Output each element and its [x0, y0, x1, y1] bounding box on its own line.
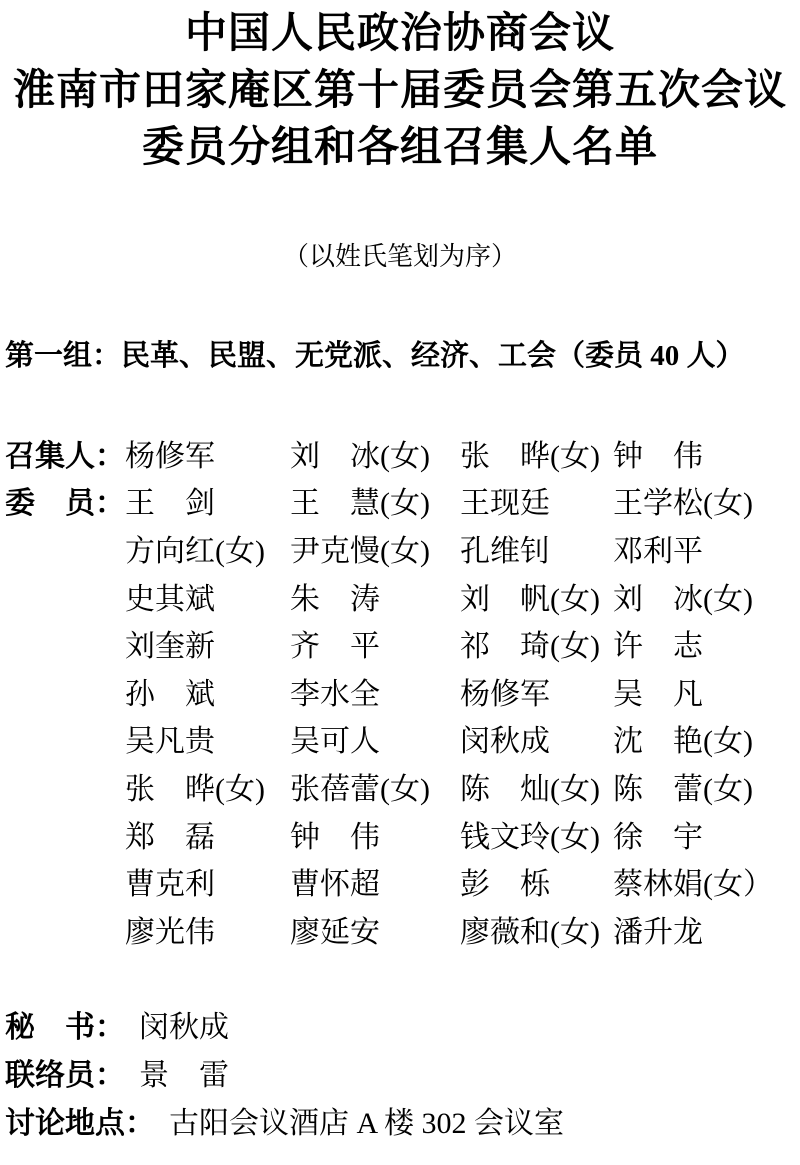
secretary-label: 秘 书： [0, 1002, 125, 1046]
member-name: 彭 栎 [460, 859, 613, 903]
footer-info: 秘 书： 闵秋成 联络员： 景 雷 讨论地点： 古阳会议酒店 A 楼 302 会… [0, 1001, 800, 1144]
member-name: 钟 伟 [290, 812, 460, 856]
member-row: 曹克利曹怀超彭 栎蔡林娟(女） [0, 857, 800, 905]
member-name: 钱文玲(女) [460, 812, 613, 856]
member-name: 李水全 [290, 669, 460, 713]
convener-name: 钟 伟 [613, 431, 800, 475]
member-name: 徐 宇 [613, 812, 800, 856]
member-name: 曹克利 [125, 859, 290, 903]
member-row: 孙 斌李水全杨修军吴 凡 [0, 667, 800, 715]
member-name: 许 志 [613, 621, 800, 665]
member-name: 吴凡贵 [125, 716, 290, 760]
title-line-2: 淮南市田家庵区第十届委员会第五次会议 [0, 63, 800, 120]
convener-row: 召集人： 杨修军 刘 冰(女) 张 晔(女) 钟 伟 [0, 429, 800, 477]
liaison-name: 景 雷 [139, 1050, 229, 1094]
member-name: 齐 平 [290, 621, 460, 665]
member-name: 尹克慢(女) [290, 526, 460, 570]
member-name: 廖延安 [290, 907, 460, 951]
convener-name: 杨修军 [125, 431, 290, 475]
member-name: 曹怀超 [290, 859, 460, 903]
member-row: 史其斌朱 涛刘 帆(女)刘 冰(女) [0, 572, 800, 620]
member-name: 王 慧(女) [290, 478, 460, 522]
group-section-heading: 第一组：民革、民盟、无党派、经济、工会（委员 40 人） [5, 337, 800, 375]
secretary-name: 闵秋成 [139, 1002, 229, 1046]
title-line-3: 委员分组和各组召集人名单 [0, 120, 800, 177]
document-page: 中国人民政治协商会议 淮南市田家庵区第十届委员会第五次会议 委员分组和各组召集人… [0, 6, 800, 1165]
secretary-row: 秘 书： 闵秋成 [0, 1001, 800, 1049]
member-name: 史其斌 [125, 574, 290, 618]
member-name: 张蓓蕾(女) [290, 764, 460, 808]
liaison-label: 联络员： [0, 1050, 125, 1094]
sort-order-note: （以姓氏笔划为序） [0, 243, 800, 271]
member-row: 委 员：王 剑王 慧(女)王现廷王学松(女) [0, 477, 800, 525]
member-name: 廖薇和(女) [460, 907, 613, 951]
member-name: 杨修军 [460, 669, 613, 713]
member-name: 刘 冰(女) [613, 574, 800, 618]
location-value: 古阳会议酒店 A 楼 302 会议室 [169, 1098, 564, 1142]
member-label: 委 员： [0, 478, 125, 522]
member-name: 王 剑 [125, 478, 290, 522]
member-rows: 委 员：王 剑王 慧(女)王现廷王学松(女)方向红(女)尹克慢(女)孔维钊邓利平… [0, 477, 800, 953]
location-row: 讨论地点： 古阳会议酒店 A 楼 302 会议室 [0, 1096, 800, 1144]
location-label: 讨论地点： [0, 1098, 155, 1142]
convener-name: 张 晔(女) [460, 431, 613, 475]
member-name: 方向红(女) [125, 526, 290, 570]
member-name: 张 晔(女) [125, 764, 290, 808]
member-name: 闵秋成 [460, 716, 613, 760]
member-name: 邓利平 [613, 526, 800, 570]
member-row: 方向红(女)尹克慢(女)孔维钊邓利平 [0, 524, 800, 572]
member-row: 吴凡贵吴可人闵秋成沈 艳(女) [0, 715, 800, 763]
member-name: 孙 斌 [125, 669, 290, 713]
convener-label: 召集人： [0, 431, 125, 475]
member-name: 刘奎新 [125, 621, 290, 665]
member-name: 陈 灿(女) [460, 764, 613, 808]
member-name: 王学松(女) [613, 478, 800, 522]
member-name: 廖光伟 [125, 907, 290, 951]
member-name: 吴 凡 [613, 669, 800, 713]
member-row: 郑 磊钟 伟钱文玲(女)徐 宇 [0, 810, 800, 858]
member-name: 沈 艳(女) [613, 716, 800, 760]
member-name: 朱 涛 [290, 574, 460, 618]
document-title: 中国人民政治协商会议 淮南市田家庵区第十届委员会第五次会议 委员分组和各组召集人… [0, 6, 800, 177]
member-name: 祁 琦(女) [460, 621, 613, 665]
convener-name: 刘 冰(女) [290, 431, 460, 475]
member-name: 孔维钊 [460, 526, 613, 570]
title-line-1: 中国人民政治协商会议 [0, 6, 800, 63]
member-row: 张 晔(女)张蓓蕾(女)陈 灿(女)陈 蕾(女) [0, 762, 800, 810]
member-name: 王现廷 [460, 478, 613, 522]
member-row: 廖光伟廖延安廖薇和(女)潘升龙 [0, 905, 800, 953]
member-name: 潘升龙 [613, 907, 800, 951]
member-name: 刘 帆(女) [460, 574, 613, 618]
roster: 召集人： 杨修军 刘 冰(女) 张 晔(女) 钟 伟 委 员：王 剑王 慧(女)… [0, 429, 800, 953]
member-row: 刘奎新齐 平祁 琦(女)许 志 [0, 619, 800, 667]
member-name: 吴可人 [290, 716, 460, 760]
member-name: 陈 蕾(女) [613, 764, 800, 808]
liaison-row: 联络员： 景 雷 [0, 1048, 800, 1096]
member-name: 郑 磊 [125, 812, 290, 856]
member-name: 蔡林娟(女） [613, 859, 800, 903]
